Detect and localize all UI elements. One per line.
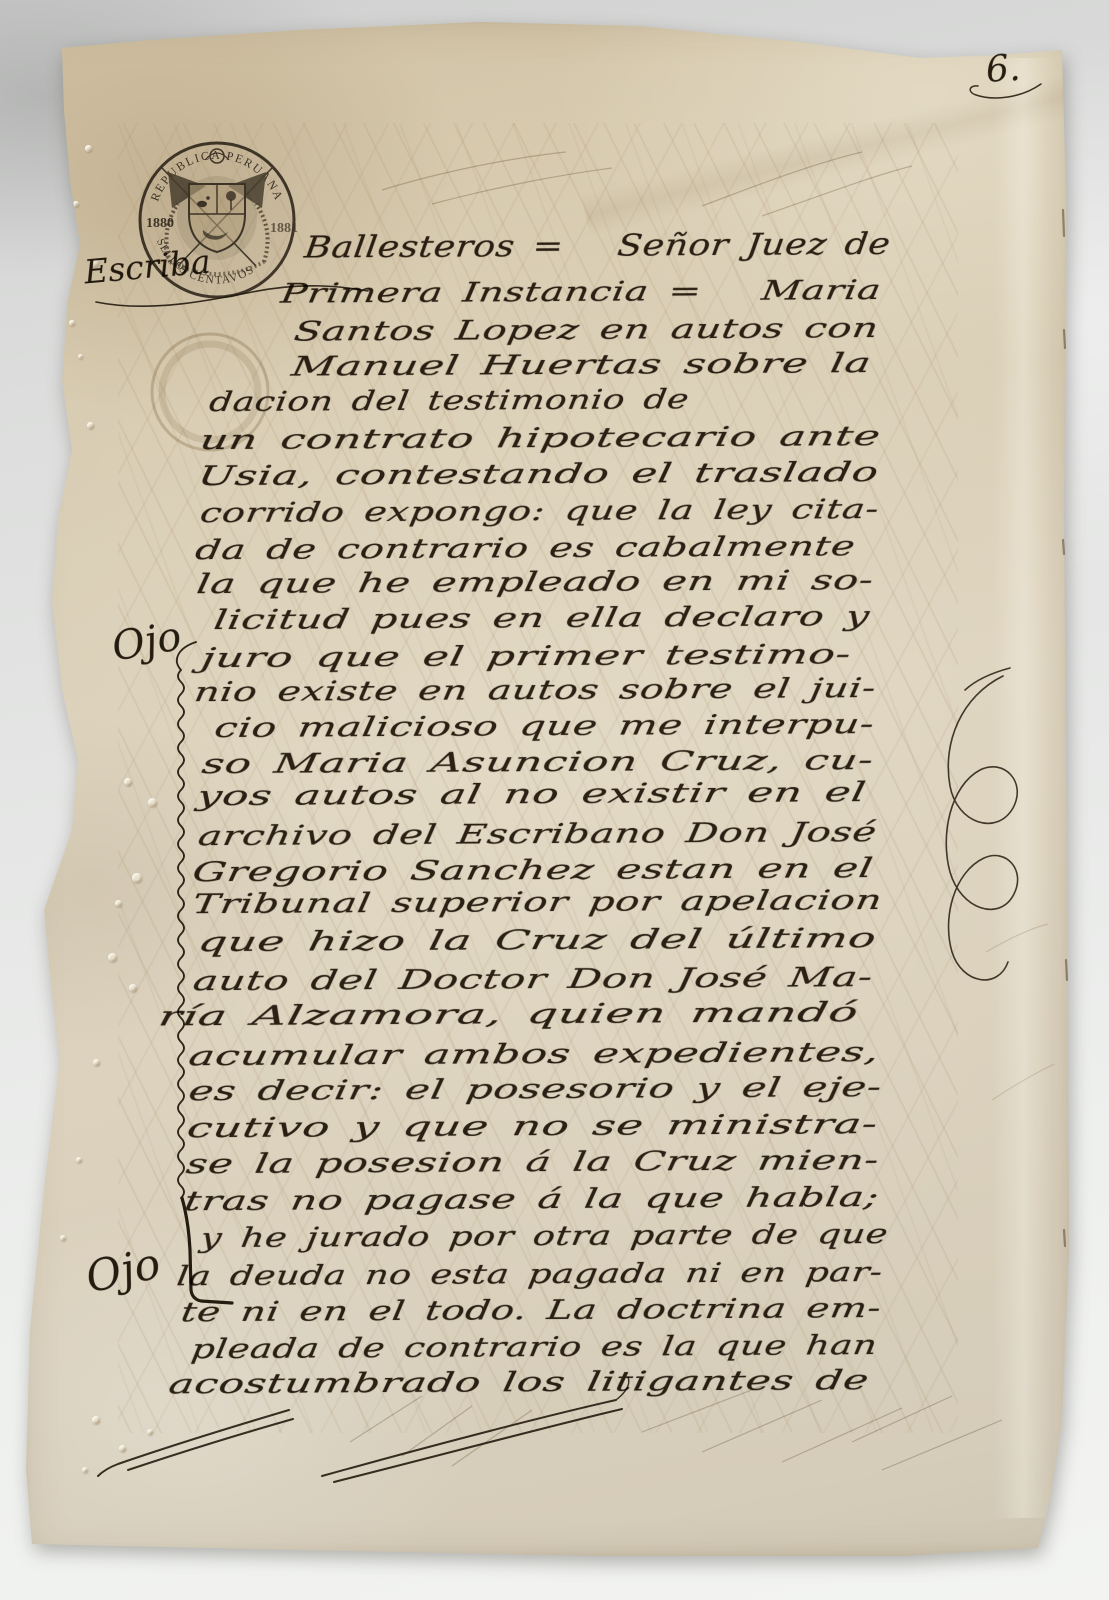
manuscript-line: que hizo la Cruz del último: [196, 925, 879, 956]
manuscript-line: cutivo y que no se ministra-: [185, 1111, 880, 1142]
manuscript-line: acostumbrado los litigantes de: [167, 1367, 871, 1398]
manuscript-line: Primera Instancia = Maria: [279, 277, 883, 308]
manuscript-line: acumular ambos expedientes,: [187, 1039, 882, 1070]
margin-note-ojo-1: Ojo: [109, 616, 184, 667]
page-number: 6.: [985, 51, 1022, 89]
manuscript-line: Usia, contestando el traslado: [196, 459, 881, 490]
manuscript-line: da de contrario es cabalmente: [194, 533, 858, 564]
manuscript-line: pleada de contrario es la que han: [189, 1332, 879, 1363]
manuscript-line: archivo del Escribano Don José: [196, 819, 878, 850]
manuscript-line: la que he empleado en mi so-: [195, 567, 876, 598]
escribano-annotation: Escriba: [83, 245, 212, 289]
manuscript-line: y he jurado por otra parte de que: [199, 1221, 890, 1252]
manuscript-line: tras no pagase á la que habla;: [183, 1184, 882, 1215]
manuscript-line: so Maria Asuncion Cruz, cu-: [200, 747, 876, 778]
manuscript-line: cio malicioso que me interpu-: [213, 711, 877, 742]
manuscript-line: juro que el primer testimo-: [199, 641, 853, 672]
manuscript-line: es decir: el posesorio y el eje-: [187, 1074, 884, 1105]
manuscript-line: Gregorio Sanchez estan en el: [191, 855, 876, 886]
manuscript-line: ría Alzamora, quien mandó: [156, 999, 860, 1030]
manuscript-line: nio existe en autos sobre el jui-: [192, 675, 878, 706]
manuscript-line: Manuel Huertas sobre la: [289, 350, 873, 381]
manuscript-line: un contrato hipotecario ante: [198, 423, 883, 454]
manuscript-line: se la posesion á la Cruz mien-: [184, 1147, 881, 1178]
manuscript-line: te ni en el todo. La doctrina em-: [179, 1295, 883, 1326]
photograph-scene: REPUBLICA PERUANA 5 CENTAVOS SELLO 1880 …: [0, 0, 1109, 1600]
manuscript-line: yos autos al no existir en el: [195, 779, 868, 810]
manuscript: Ballesteros = Señor Juez dePrimera Insta…: [0, 0, 1109, 1600]
manuscript-line: dacion del testimonio de: [208, 386, 691, 416]
manuscript-line: licitud pues en ella declaro y: [212, 603, 872, 634]
manuscript-line: auto del Doctor Don José Ma-: [191, 964, 875, 995]
manuscript-line: la deuda no esta pagada ni en par-: [175, 1259, 884, 1290]
manuscript-line: Tribunal superior por apelacion: [191, 887, 884, 918]
manuscript-line: Ballesteros = Señor Juez de: [303, 230, 892, 264]
manuscript-line: corrido expongo: que la ley cita-: [198, 496, 881, 527]
manuscript-line: Santos Lopez en autos con: [292, 315, 880, 346]
